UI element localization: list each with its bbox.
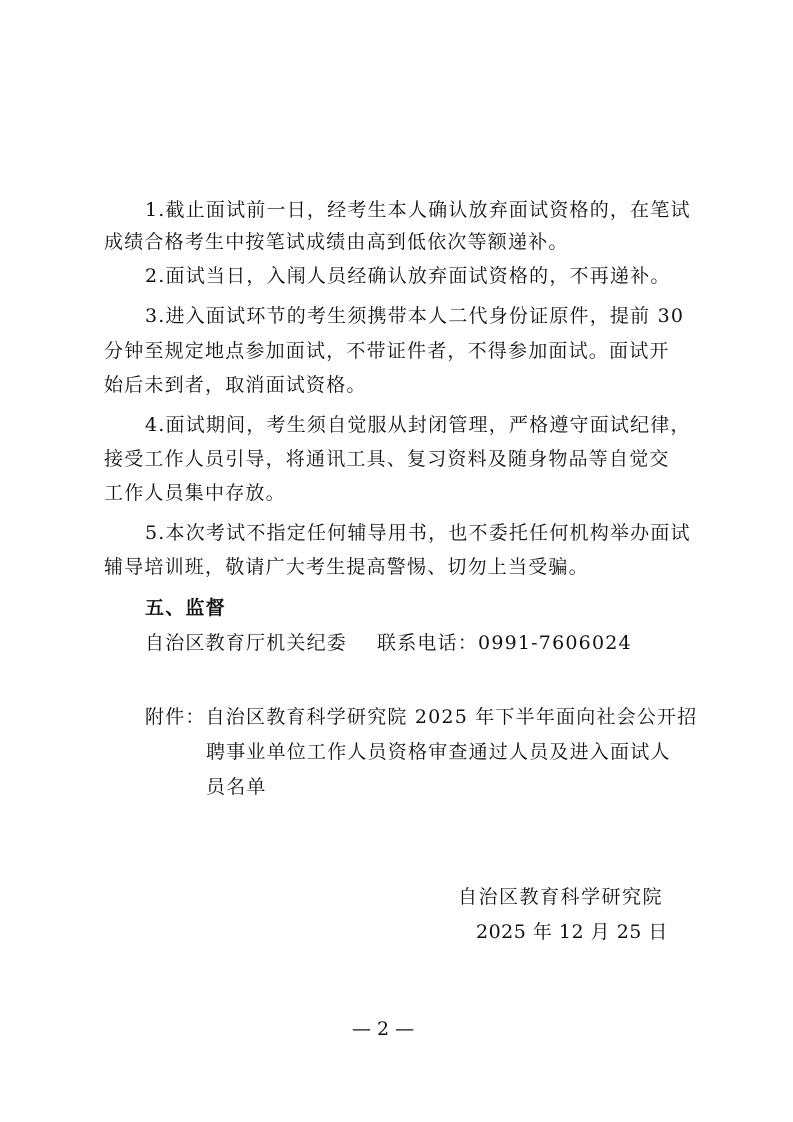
item-2-line-1: 2.面试当日，入闱人员经确认放弃面试资格的，不再递补。 (145, 263, 733, 289)
attachment-title-part-1: 自治区教育科学研究院 2025 年下半年面向社会公开招 (206, 706, 698, 728)
item-3-line-3: 始后未到者，取消面试资格。 (104, 372, 692, 398)
attachment-line-2: 聘事业单位工作人员资格审查通过人员及进入面试人 (206, 739, 793, 765)
item-1-line-1: 1.截止面试前一日，经考生本人确认放弃面试资格的，在笔试 (145, 197, 733, 223)
item-4-line-3: 工作人员集中存放。 (104, 480, 692, 506)
attachment-label: 附件： (145, 706, 206, 728)
item-3-line-1: 3.进入面试环节的考生须携带本人二代身份证原件，提前 30 (145, 303, 733, 329)
signature-org: 自治区教育科学研究院 (458, 884, 663, 910)
phone-number: 0991-7606024 (478, 632, 632, 654)
item-5-line-2: 辅导培训班，敬请广大考生提高警惕、切勿上当受骗。 (104, 554, 692, 580)
item-4-line-2: 接受工作人员引导，将通讯工具、复习资料及随身物品等自觉交 (104, 446, 692, 472)
page-number: — 2 — (352, 1016, 414, 1042)
section-heading-supervision: 五、监督 (145, 595, 733, 621)
attachment-line-1: 附件：自治区教育科学研究院 2025 年下半年面向社会公开招 (145, 704, 733, 730)
supervision-org: 自治区教育厅机关纪委 (145, 632, 347, 654)
attachment-line-3: 员名单 (206, 774, 793, 800)
item-5-line-1: 5.本次考试不指定任何辅导用书，也不委托任何机构举办面试 (145, 520, 733, 546)
item-3-line-2: 分钟至规定地点参加面试，不带证件者，不得参加面试。面试开 (104, 338, 692, 364)
supervision-contact: 自治区教育厅机关纪委联系电话：0991-7606024 (145, 630, 733, 656)
phone-label: 联系电话： (377, 632, 478, 654)
item-1-line-2: 成绩合格考生中按笔试成绩由高到低依次等额递补。 (104, 229, 692, 255)
document-page: 1.截止面试前一日，经考生本人确认放弃面试资格的，在笔试 成绩合格考生中按笔试成… (0, 0, 793, 1122)
item-4-line-1: 4.面试期间，考生须自觉服从封闭管理，严格遵守面试纪律， (145, 412, 733, 438)
signature-date: 2025 年 12 月 25 日 (476, 919, 668, 945)
